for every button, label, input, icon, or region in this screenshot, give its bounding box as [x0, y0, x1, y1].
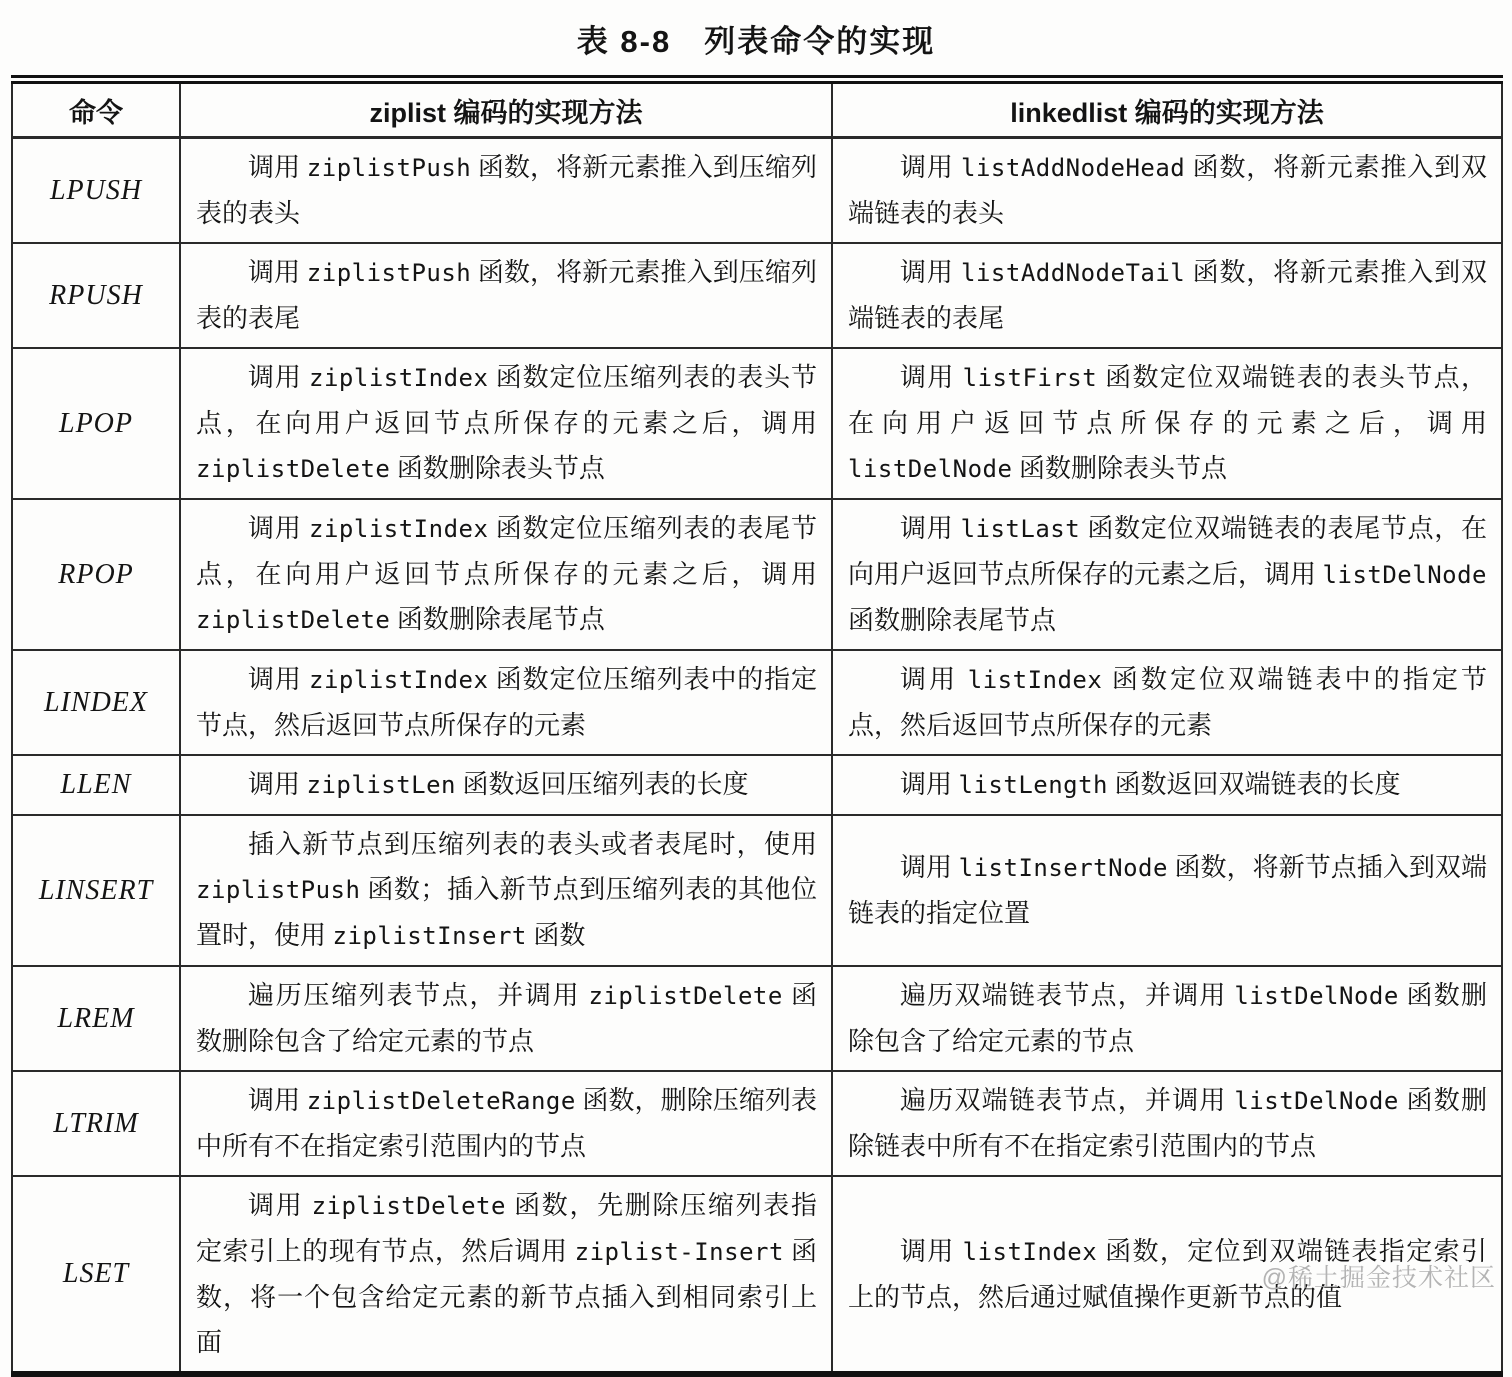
text-run: 插入新节点到压缩列表的表头或者表尾时，使用 [248, 830, 817, 859]
ziplist-cell-text: 调用 ziplistIndex 函数定位压缩列表的表尾节点，在向用户返回节点所保… [181, 500, 831, 649]
text-run: 调用 [248, 363, 309, 392]
command-cell: LINDEX [12, 650, 180, 755]
code-token: listLength [959, 771, 1109, 799]
text-run: 调用 [900, 258, 961, 287]
code-token: listLast [961, 515, 1081, 543]
linkedlist-cell: 遍历双端链表节点，并调用 listDelNode 函数删除链表中所有不在指定索引… [832, 1071, 1502, 1176]
table-row: RPOP调用 ziplistIndex 函数定位压缩列表的表尾节点，在向用户返回… [12, 499, 1502, 650]
code-token: ziplistDelete [196, 606, 390, 634]
linkedlist-cell-text: 调用 listInsertNode 函数，将新节点插入到双端链表的指定位置 [833, 839, 1501, 942]
table-row: LPOP调用 ziplistIndex 函数定位压缩列表的表头节点，在向用户返回… [12, 348, 1502, 499]
text-run: 遍历双端链表节点，并调用 [900, 981, 1234, 1010]
code-token: ziplist-Insert [575, 1238, 784, 1266]
command-cell: RPUSH [12, 243, 180, 348]
column-header-linkedlist: linkedlist 编码的实现方法 [832, 80, 1502, 138]
code-token: listDelNode [1234, 982, 1398, 1010]
linkedlist-cell-text: 遍历双端链表节点，并调用 listDelNode 函数删除包含了给定元素的节点 [833, 967, 1501, 1070]
text-run: 调用 [900, 853, 959, 882]
ziplist-cell-text: 插入新节点到压缩列表的表头或者表尾时，使用 ziplistPush 函数；插入新… [181, 816, 831, 965]
code-token: listDelNode [848, 455, 1012, 483]
text-run: 调用 [900, 153, 961, 182]
ziplist-cell-text: 调用 ziplistIndex 函数定位压缩列表的表头节点，在向用户返回节点所保… [181, 349, 831, 498]
linkedlist-cell: 调用 listIndex 函数定位双端链表中的指定节点，然后返回节点所保存的元素 [832, 650, 1502, 755]
scanned-page: 表 8-8 列表命令的实现 命令 ziplist 编码的实现方法 linkedl… [0, 0, 1512, 1377]
code-token: ziplistDelete [312, 1192, 506, 1220]
text-run: 遍历压缩列表节点，并调用 [248, 981, 588, 1010]
text-run: 函数删除表尾节点 [390, 605, 605, 634]
ziplist-cell-text: 调用 ziplistDeleteRange 函数，删除压缩列表中所有不在指定索引… [181, 1072, 831, 1175]
ziplist-cell: 调用 ziplistIndex 函数定位压缩列表中的指定节点，然后返回节点所保存… [180, 650, 832, 755]
text-run: 调用 [248, 770, 307, 799]
ziplist-cell-text: 遍历压缩列表节点，并调用 ziplistDelete 函数删除包含了给定元素的节… [181, 967, 831, 1070]
text-run: 调用 [248, 1191, 312, 1220]
text-run: 遍历双端链表节点，并调用 [900, 1086, 1234, 1115]
code-token: listDelNode [1323, 561, 1487, 589]
command-cell: RPOP [12, 499, 180, 650]
code-token: ziplistDelete [588, 982, 782, 1010]
linkedlist-cell-text: 遍历双端链表节点，并调用 listDelNode 函数删除链表中所有不在指定索引… [833, 1072, 1501, 1175]
text-run: 调用 [248, 153, 307, 182]
watermark: @稀土掘金技术社区 [1262, 1258, 1496, 1294]
code-token: listIndex [968, 666, 1103, 694]
text-run: 函数删除表头节点 [390, 454, 605, 483]
text-run: 函数 [527, 921, 586, 950]
code-token: ziplistLen [307, 771, 457, 799]
linkedlist-cell: 调用 listAddNodeTail 函数，将新元素推入到双端链表的表尾 [832, 243, 1502, 348]
ziplist-cell: 遍历压缩列表节点，并调用 ziplistDelete 函数删除包含了给定元素的节… [180, 966, 832, 1071]
text-run: 调用 [900, 1237, 963, 1266]
text-run: 调用 [900, 363, 963, 392]
code-token: ziplistPush [196, 876, 360, 904]
linkedlist-cell: 调用 listLast 函数定位双端链表的表尾节点，在向用户返回节点所保存的元素… [832, 499, 1502, 650]
ziplist-cell-text: 调用 ziplistPush 函数，将新元素推入到压缩列表的表尾 [181, 244, 831, 347]
text-run: 调用 [248, 665, 309, 694]
table-row: RPUSH调用 ziplistPush 函数，将新元素推入到压缩列表的表尾调用 … [12, 243, 1502, 348]
code-token: listDelNode [1234, 1087, 1398, 1115]
text-run: 调用 [248, 258, 307, 287]
table-row: LLEN调用 ziplistLen 函数返回压缩列表的长度调用 listLeng… [12, 755, 1502, 815]
code-token: ziplistIndex [309, 515, 488, 543]
ziplist-cell: 调用 ziplistDelete 函数，先删除压缩列表指定索引上的现有节点，然后… [180, 1176, 832, 1374]
code-token: ziplistIndex [309, 364, 488, 392]
linkedlist-cell: 调用 listFirst 函数定位双端链表的表头节点，在向用户返回节点所保存的元… [832, 348, 1502, 499]
ziplist-cell: 调用 ziplistLen 函数返回压缩列表的长度 [180, 755, 832, 815]
linkedlist-cell-text: 调用 listIndex 函数定位双端链表中的指定节点，然后返回节点所保存的元素 [833, 651, 1501, 754]
command-cell: LREM [12, 966, 180, 1071]
ziplist-cell: 调用 ziplistPush 函数，将新元素推入到压缩列表的表尾 [180, 243, 832, 348]
code-token: ziplistPush [307, 259, 471, 287]
linkedlist-cell-text: 调用 listFirst 函数定位双端链表的表头节点，在向用户返回节点所保存的元… [833, 349, 1501, 498]
command-cell: LINSERT [12, 815, 180, 966]
text-run: 调用 [248, 514, 309, 543]
command-cell: LPOP [12, 348, 180, 499]
list-commands-table: 命令 ziplist 编码的实现方法 linkedlist 编码的实现方法 LP… [11, 75, 1503, 1377]
ziplist-cell: 调用 ziplistDeleteRange 函数，删除压缩列表中所有不在指定索引… [180, 1071, 832, 1176]
command-cell: LTRIM [12, 1071, 180, 1176]
text-run: 函数返回压缩列表的长度 [456, 770, 749, 799]
ziplist-cell-text: 调用 ziplistDelete 函数，先删除压缩列表指定索引上的现有节点，然后… [181, 1177, 831, 1371]
text-run: 调用 [248, 1086, 307, 1115]
code-token: listIndex [963, 1238, 1098, 1266]
code-token: listFirst [963, 364, 1098, 392]
code-token: ziplistIndex [309, 666, 488, 694]
code-token: listAddNodeTail [961, 259, 1185, 287]
text-run: 调用 [900, 665, 968, 694]
table-row: LREM遍历压缩列表节点，并调用 ziplistDelete 函数删除包含了给定… [12, 966, 1502, 1071]
command-cell: LLEN [12, 755, 180, 815]
ziplist-cell-text: 调用 ziplistLen 函数返回压缩列表的长度 [181, 756, 831, 814]
ziplist-cell: 调用 ziplistPush 函数，将新元素推入到压缩列表的表头 [180, 138, 832, 244]
linkedlist-cell: 调用 listInsertNode 函数，将新节点插入到双端链表的指定位置 [832, 815, 1502, 966]
table-row: LINSERT插入新节点到压缩列表的表头或者表尾时，使用 ziplistPush… [12, 815, 1502, 966]
ziplist-cell-text: 调用 ziplistIndex 函数定位压缩列表中的指定节点，然后返回节点所保存… [181, 651, 831, 754]
ziplist-cell: 插入新节点到压缩列表的表头或者表尾时，使用 ziplistPush 函数；插入新… [180, 815, 832, 966]
text-run: 函数返回双端链表的长度 [1108, 770, 1401, 799]
code-token: ziplistInsert [333, 922, 527, 950]
table-row: LPUSH调用 ziplistPush 函数，将新元素推入到压缩列表的表头调用 … [12, 138, 1502, 244]
ziplist-cell: 调用 ziplistIndex 函数定位压缩列表的表尾节点，在向用户返回节点所保… [180, 499, 832, 650]
linkedlist-cell-text: 调用 listLast 函数定位双端链表的表尾节点，在向用户返回节点所保存的元素… [833, 500, 1501, 649]
ziplist-cell: 调用 ziplistIndex 函数定位压缩列表的表头节点，在向用户返回节点所保… [180, 348, 832, 499]
code-token: listAddNodeHead [961, 154, 1185, 182]
linkedlist-cell: 遍历双端链表节点，并调用 listDelNode 函数删除包含了给定元素的节点 [832, 966, 1502, 1071]
linkedlist-cell: 调用 listAddNodeHead 函数，将新元素推入到双端链表的表头 [832, 138, 1502, 244]
code-token: ziplistDelete [196, 455, 390, 483]
column-header-ziplist: ziplist 编码的实现方法 [180, 80, 832, 138]
text-run: 函数删除表头节点 [1012, 454, 1227, 483]
text-run: 调用 [900, 514, 961, 543]
command-cell: LPUSH [12, 138, 180, 244]
linkedlist-cell-text: 调用 listLength 函数返回双端链表的长度 [833, 756, 1501, 814]
table-row: LTRIM调用 ziplistDeleteRange 函数，删除压缩列表中所有不… [12, 1071, 1502, 1176]
ziplist-cell-text: 调用 ziplistPush 函数，将新元素推入到压缩列表的表头 [181, 139, 831, 242]
text-run: 函数删除表尾节点 [848, 606, 1056, 635]
code-token: listInsertNode [959, 854, 1168, 882]
code-token: ziplistPush [307, 154, 471, 182]
linkedlist-cell-text: 调用 listAddNodeTail 函数，将新元素推入到双端链表的表尾 [833, 244, 1501, 347]
linkedlist-cell: 调用 listLength 函数返回双端链表的长度 [832, 755, 1502, 815]
code-token: ziplistDeleteRange [307, 1087, 576, 1115]
header-row: 命令 ziplist 编码的实现方法 linkedlist 编码的实现方法 [12, 80, 1502, 138]
linkedlist-cell-text: 调用 listAddNodeHead 函数，将新元素推入到双端链表的表头 [833, 139, 1501, 242]
table-row: LINDEX调用 ziplistIndex 函数定位压缩列表中的指定节点，然后返… [12, 650, 1502, 755]
column-header-command: 命令 [12, 80, 180, 138]
command-cell: LSET [12, 1176, 180, 1374]
table-body: LPUSH调用 ziplistPush 函数，将新元素推入到压缩列表的表头调用 … [12, 138, 1502, 1375]
text-run: 调用 [900, 770, 959, 799]
table-title: 表 8-8 列表命令的实现 [11, 12, 1501, 75]
